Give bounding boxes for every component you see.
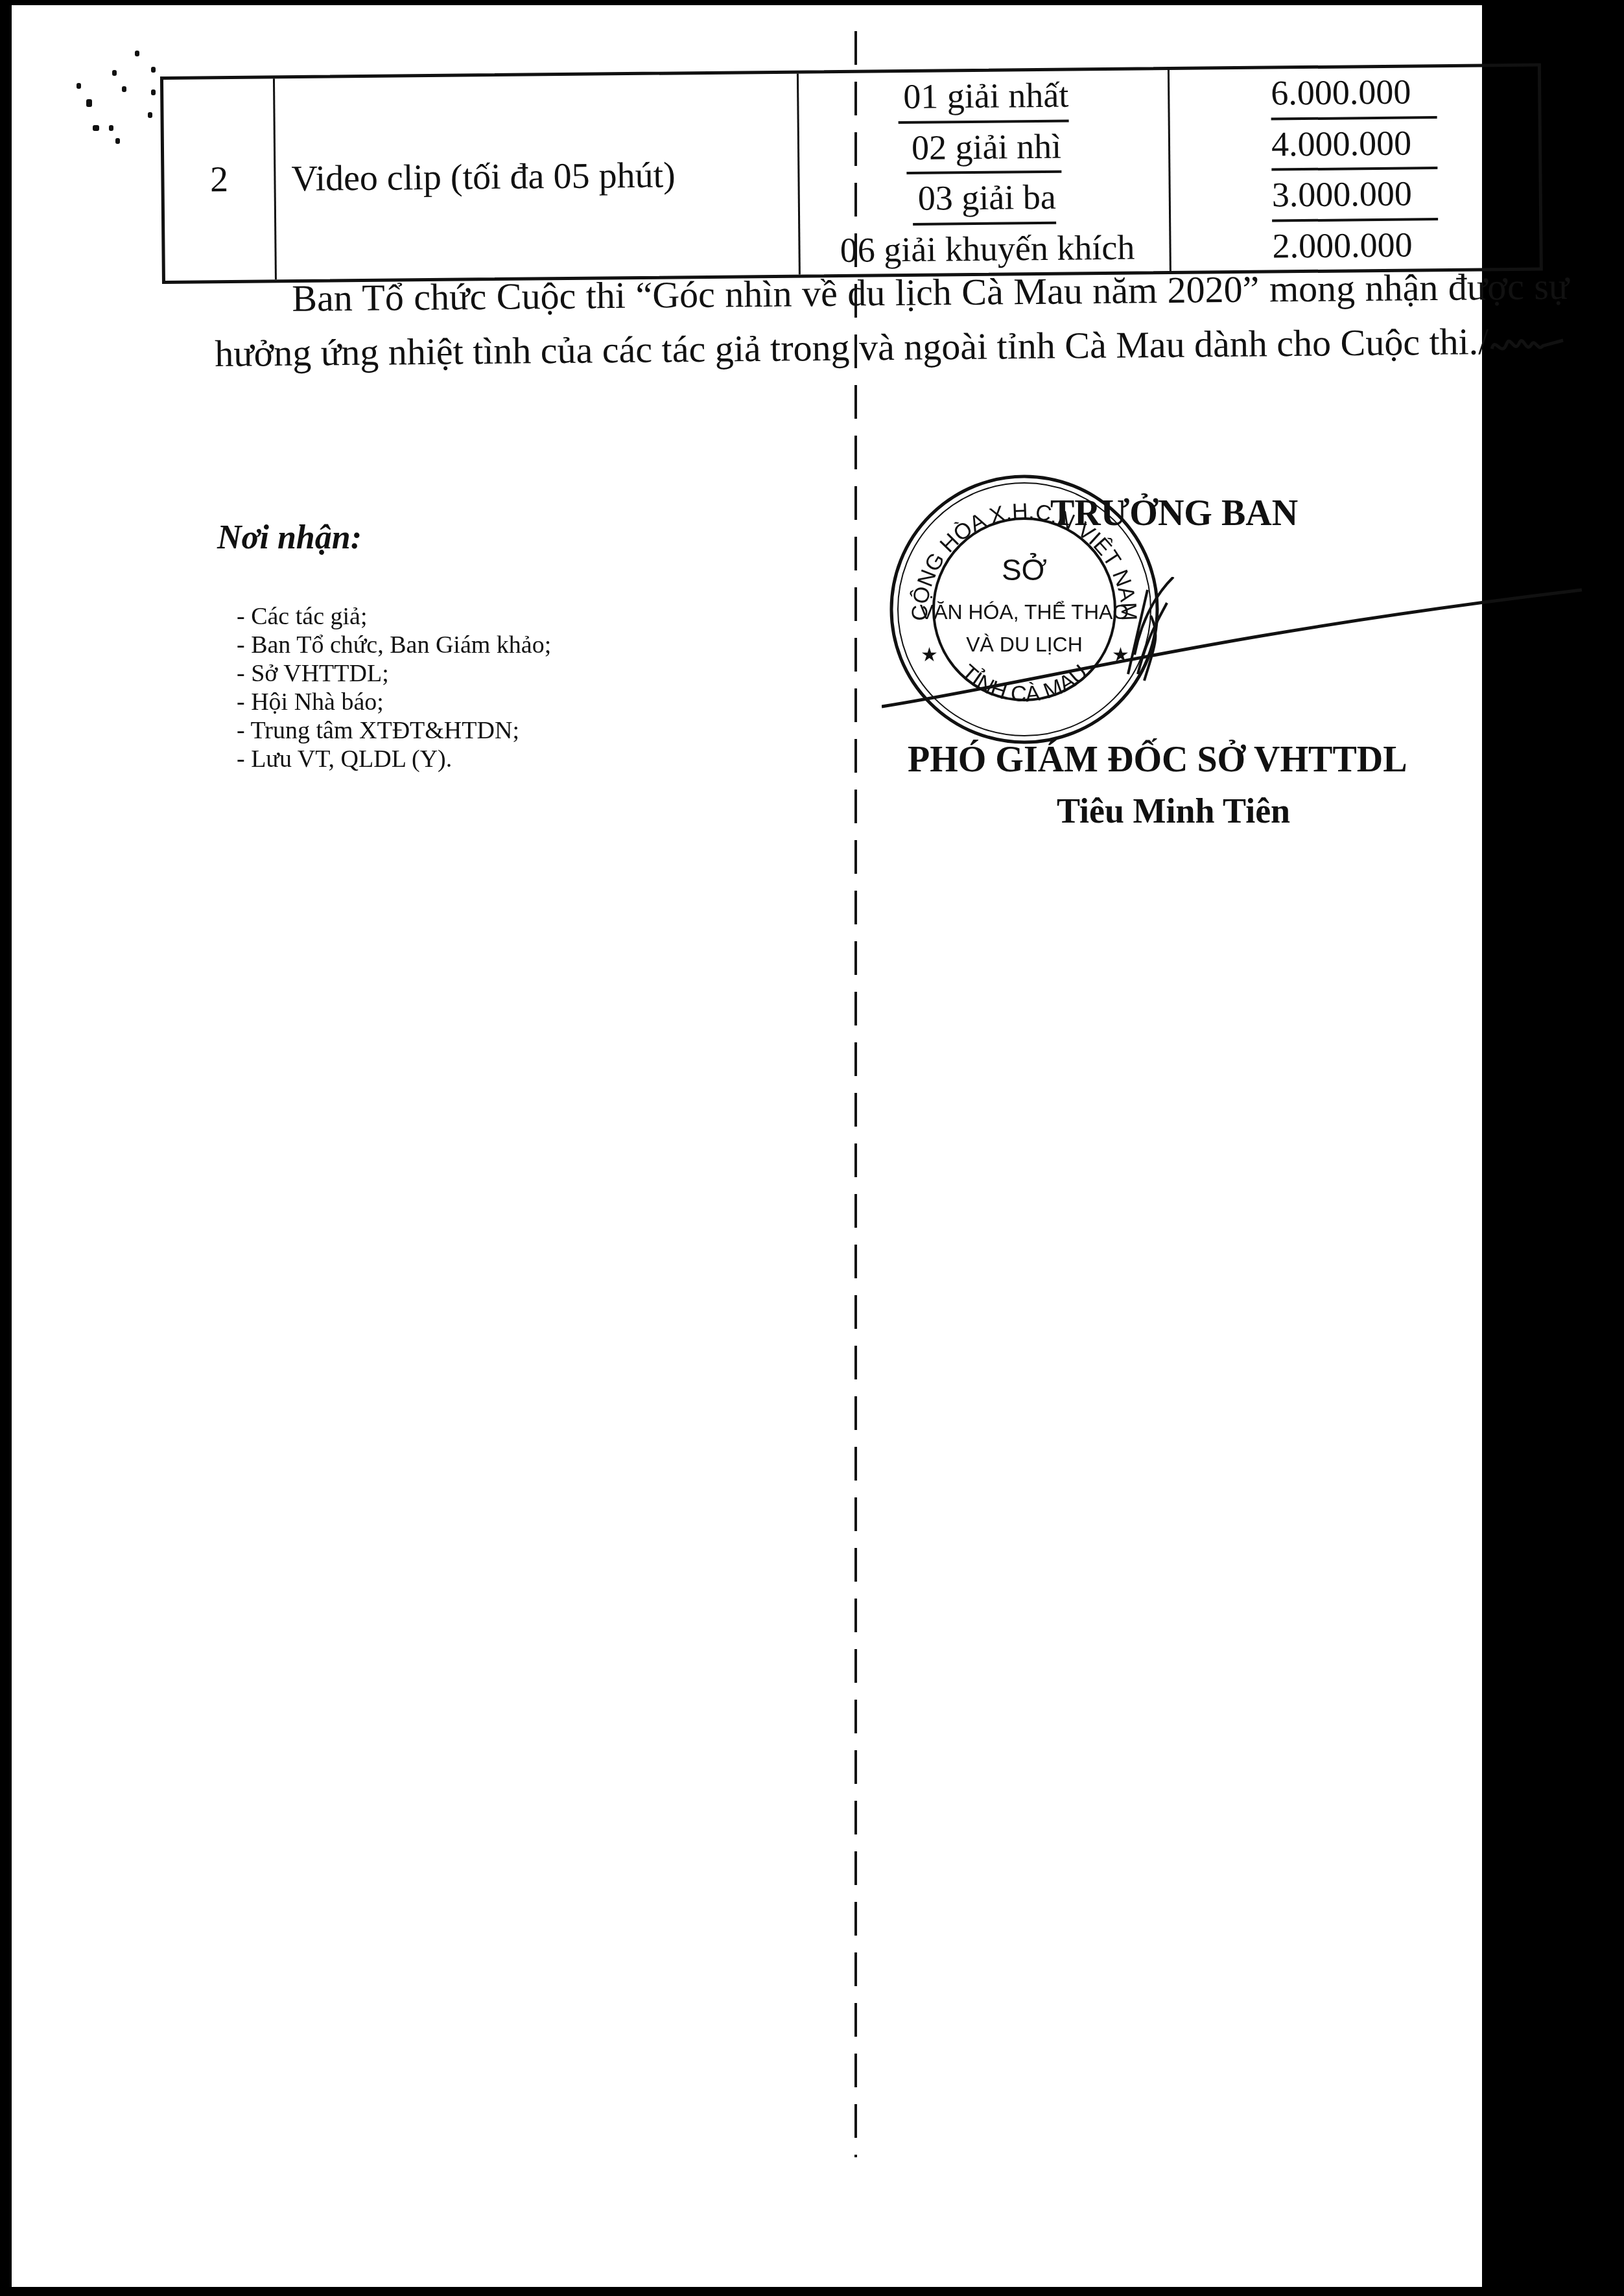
- prize-amount: 3.000.000: [1271, 169, 1438, 222]
- recipients-list: - Các tác giả; - Ban Tổ chức, Ban Giám k…: [217, 602, 551, 773]
- prize-label: 03 giải ba: [912, 173, 1056, 226]
- prize-table: 2 Video clip (tối đa 05 phút) 01 giải nh…: [160, 64, 1543, 284]
- prize-amounts: 6.000.000 4.000.000 3.000.000 2.000.000: [1170, 67, 1540, 271]
- closing-paragraph: Ban Tổ chức Cuộc thi “Góc nhìn về du lịc…: [214, 259, 1570, 381]
- recipient-item: - Ban Tổ chức, Ban Giám khảo;: [237, 631, 551, 659]
- signer-name: Tiêu Minh Tiên: [1057, 791, 1290, 831]
- recipients-title: Nơi nhận:: [217, 519, 551, 557]
- prize-amount: 4.000.000: [1271, 119, 1438, 171]
- signature-block: TRƯỞNG BAN CỘNG HÒA X.H.C.N VIỆT NAM TỈN…: [869, 454, 1582, 869]
- signature-stroke-icon: [882, 577, 1595, 713]
- recipient-item: - Sở VHTTDL;: [237, 659, 551, 688]
- recipient-item: - Hội Nhà báo;: [237, 688, 551, 716]
- initial-scribble-icon: [1489, 329, 1566, 362]
- prize-amount: 6.000.000: [1271, 67, 1437, 120]
- prize-label: 02 giải nhì: [906, 122, 1062, 174]
- recipient-item: - Lưu VT, QLDL (Y).: [237, 745, 551, 773]
- category-cell: Video clip (tối đa 05 phút): [275, 74, 801, 280]
- prize-labels: 01 giải nhất 02 giải nhì 03 giải ba 06 g…: [799, 70, 1171, 274]
- signer-position: PHÓ GIÁM ĐỐC SỞ VHTTDL: [908, 739, 1407, 780]
- row-number: 2: [163, 78, 277, 281]
- closing-text: Ban Tổ chức Cuộc thi “Góc nhìn về du lịc…: [215, 265, 1570, 375]
- prize-label: 01 giải nhất: [898, 71, 1069, 124]
- recipient-item: - Các tác giả;: [237, 602, 551, 631]
- recipient-item: - Trung tâm XTĐT&HTDN;: [237, 716, 551, 745]
- recipients-section: Nơi nhận: - Các tác giả; - Ban Tổ chức, …: [217, 519, 551, 773]
